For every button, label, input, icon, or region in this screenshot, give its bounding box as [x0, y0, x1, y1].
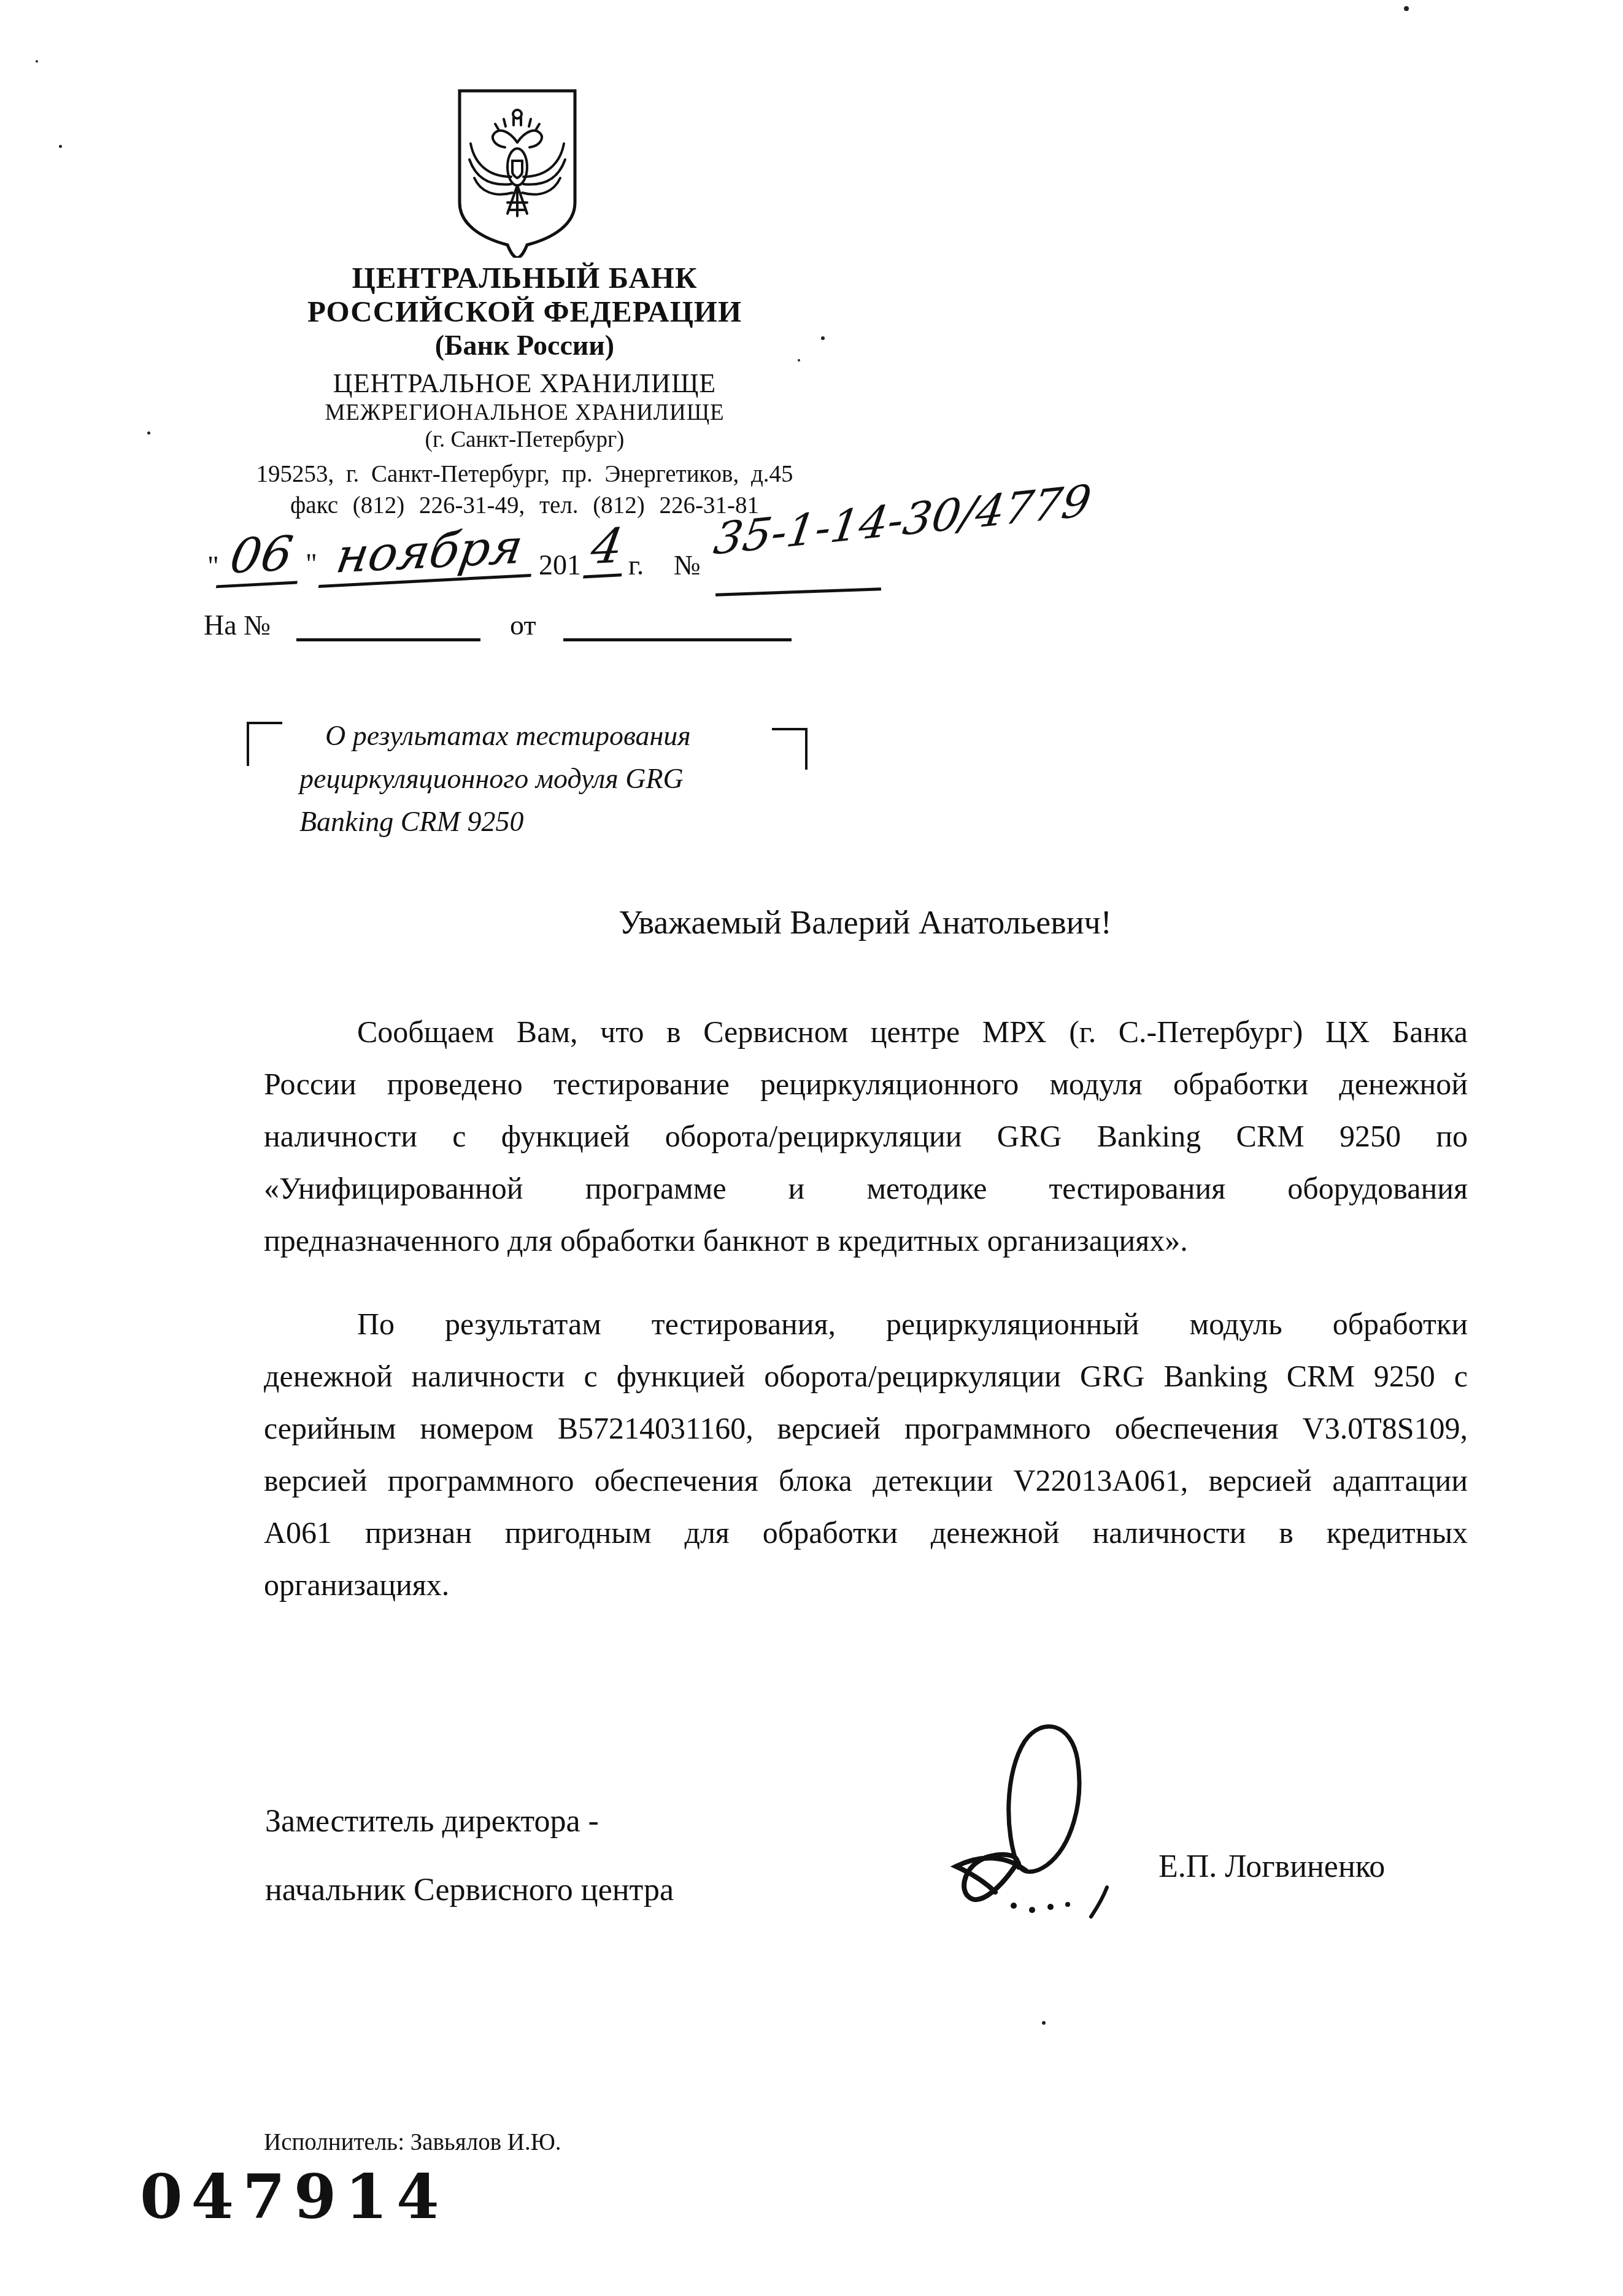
body-line: денежной наличности с функцией оборота/р… [264, 1358, 1468, 1410]
body-line: А061 признан пригодным для обработки ден… [264, 1515, 1468, 1567]
scan-speck [821, 336, 825, 340]
number-underline [715, 587, 881, 596]
scan-speck [1404, 6, 1409, 11]
letterhead-org-line1: ЦЕНТРАЛЬНЫЙ БАНК [233, 260, 816, 295]
subject-block: О результатах тестирования рециркуляцион… [245, 713, 835, 848]
body-line: версией программного обеспечения блока д… [264, 1463, 1468, 1515]
date-day-handwritten: 06 [216, 526, 307, 589]
letterhead-org-line2: РОССИЙСКОЙ ФЕДЕРАЦИИ [233, 294, 816, 329]
scan-speck [798, 359, 800, 361]
body-line: Сообщаем Вам, что в Сервисном центре МРХ… [264, 1014, 1468, 1066]
reference-ot-label: от [510, 609, 536, 641]
body-line: серийным номером В57214031160, версией п… [264, 1410, 1468, 1463]
scan-speck [36, 60, 38, 63]
number-label: № [674, 549, 701, 581]
paragraph-2: По результатам тестирования, рециркуляци… [264, 1306, 1468, 1619]
date-year-suffix: г. [628, 549, 644, 581]
scan-speck [1042, 2021, 1046, 2025]
letterhead-dept-line1: ЦЕНТРАЛЬНОЕ ХРАНИЛИЩЕ [233, 368, 816, 399]
scanned-letter-page: ЦЕНТРАЛЬНЫЙ БАНК РОССИЙСКОЙ ФЕДЕРАЦИИ (Б… [0, 0, 1623, 2296]
reference-na-label: На № [204, 609, 271, 641]
signature-scribble-icon [945, 1715, 1157, 1933]
date-month-handwritten: ноября [318, 519, 541, 588]
paragraph-1: Сообщаем Вам, что в Сервисном центре МРХ… [264, 1014, 1468, 1275]
letterhead-address: 195253, г. Санкт-Петербург, пр. Энергети… [233, 460, 816, 488]
body-line: наличности с функцией оборота/рециркуляц… [264, 1118, 1468, 1170]
scan-speck [59, 145, 62, 148]
date-year-printed: 201 [539, 549, 581, 581]
body-line: предназначенного для обработки банкнот в… [264, 1223, 1468, 1275]
stamp-number: 047914 [140, 2160, 447, 2233]
salutation: Уважаемый Валерий Анатольевич! [264, 903, 1467, 941]
date-year-handwritten: 4 [583, 518, 630, 578]
signer-title-line2: начальник Сервисного центра [265, 1872, 674, 1908]
scan-speck [147, 431, 150, 435]
body-line: России проведено тестирование рециркуляц… [264, 1066, 1468, 1118]
number-value-handwritten: 35-1-14-30/4779 [711, 475, 1095, 565]
body-line: «Унифицированной программе и методике те… [264, 1170, 1468, 1223]
body-line: По результатам тестирования, рециркуляци… [264, 1306, 1468, 1358]
subject-line: О результатах тестирования [299, 714, 778, 757]
reference-number-blank [296, 609, 480, 641]
letterhead-org-line3: (Банк России) [233, 329, 816, 361]
letterhead-dept-line3: (г. Санкт-Петербург) [233, 427, 816, 453]
date-close-quote: " [306, 547, 317, 580]
signer-name: Е.П. Логвиненко [1158, 1849, 1385, 1885]
coat-of-arms-icon [450, 86, 585, 258]
reference-line: На №от [204, 609, 879, 641]
subject-text: О результатах тестирования рециркуляцион… [299, 714, 778, 843]
subject-line: Banking CRM 9250 [299, 800, 778, 843]
subject-line: рециркуляционного модуля GRG [299, 757, 778, 800]
signer-title-line1: Заместитель директора - [265, 1803, 599, 1839]
executor-line: Исполнитель: Завьялов И.Ю. [264, 2128, 561, 2156]
crop-corner-left-icon [247, 722, 282, 766]
reference-date-blank [563, 609, 792, 641]
body-line: организациях. [264, 1567, 1468, 1619]
letterhead-dept-line2: МЕЖРЕГИОНАЛЬНОЕ ХРАНИЛИЩЕ [233, 400, 816, 426]
